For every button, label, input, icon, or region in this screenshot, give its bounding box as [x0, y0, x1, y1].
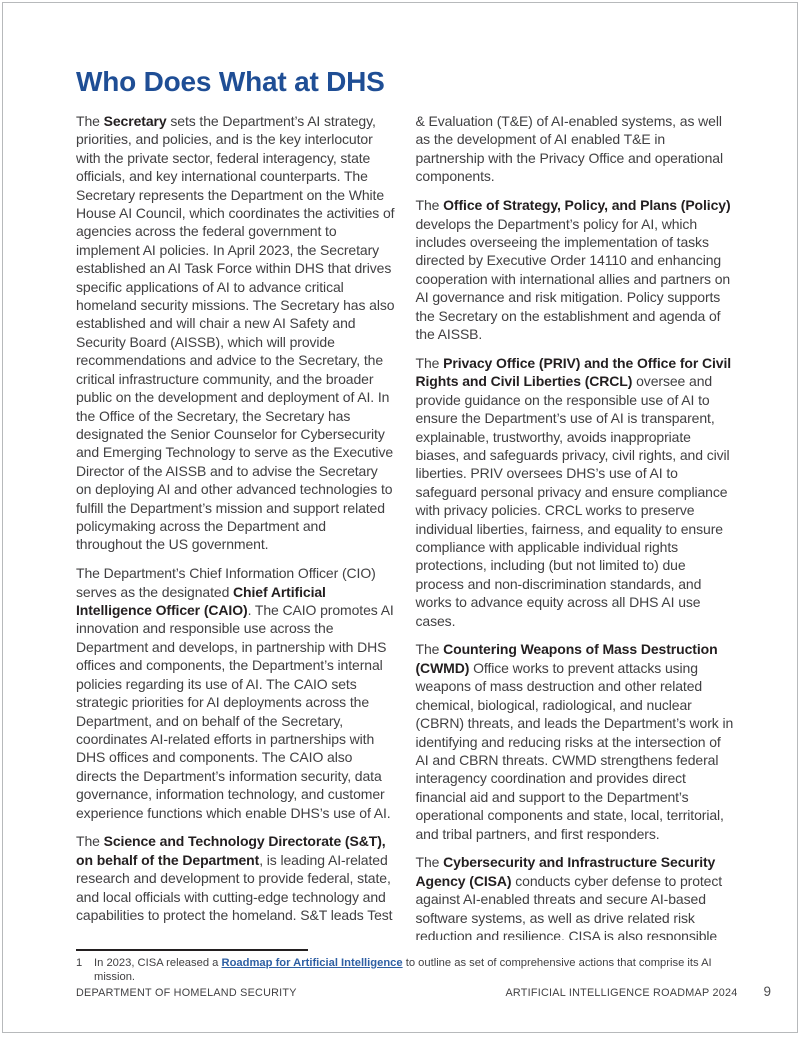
page-footer: DEPARTMENT OF HOMELAND SECURITY ARTIFICI…	[76, 984, 771, 999]
document-page: Who Does What at DHS The Secretary sets …	[2, 2, 798, 1033]
text-run: The	[76, 113, 104, 129]
text-run: develops the Department’s policy for AI,…	[416, 216, 731, 342]
bold-text-run: Secretary	[104, 113, 167, 129]
page-title: Who Does What at DHS	[76, 66, 385, 98]
page-number: 9	[763, 984, 771, 999]
paragraph: & Evaluation (T&E) of AI-enabled systems…	[416, 112, 735, 186]
bold-text-run: Office of Strategy, Policy, and Plans (P…	[443, 197, 730, 213]
paragraph: The Science and Technology Directorate (…	[76, 832, 395, 924]
text-run: . The CAIO promotes AI innovation and re…	[76, 602, 394, 820]
text-run: The Department’s Chief Information Offic…	[76, 565, 376, 599]
footnote: 1 In 2023, CISA released a Roadmap for A…	[76, 956, 738, 984]
text-run: The	[416, 854, 444, 870]
text-run: oversee and provide guidance on the resp…	[416, 373, 730, 628]
left-column: The Secretary sets the Department’s AI s…	[76, 112, 395, 940]
paragraph: The Secretary sets the Department’s AI s…	[76, 112, 395, 554]
paragraph: The Privacy Office (PRIV) and the Office…	[416, 354, 735, 630]
text-run: The	[76, 833, 104, 849]
text-run: sets the Department’s AI strategy, prior…	[76, 113, 394, 552]
footnote-text: In 2023, CISA released a Roadmap for Art…	[94, 956, 738, 984]
right-column: & Evaluation (T&E) of AI-enabled systems…	[416, 112, 735, 940]
footer-roadmap-label: ARTIFICIAL INTELLIGENCE ROADMAP 2024	[505, 987, 737, 999]
text-run: & Evaluation (T&E) of AI-enabled systems…	[416, 113, 723, 184]
footnote-divider	[76, 949, 308, 951]
paragraph: The Cybersecurity and Infrastructure Sec…	[416, 853, 735, 940]
body-columns: The Secretary sets the Department’s AI s…	[76, 112, 734, 940]
paragraph: The Countering Weapons of Mass Destructi…	[416, 640, 735, 842]
text-run: The	[416, 355, 444, 371]
paragraph: The Office of Strategy, Policy, and Plan…	[416, 196, 735, 343]
footnote-link[interactable]: Roadmap for Artificial Intelligence	[222, 957, 403, 969]
paragraph: The Department’s Chief Information Offic…	[76, 564, 395, 822]
text-run: In 2023, CISA released a	[94, 957, 222, 969]
text-run: The	[416, 197, 444, 213]
text-run: The	[416, 641, 444, 657]
footer-department-label: DEPARTMENT OF HOMELAND SECURITY	[76, 987, 297, 999]
footnote-number: 1	[76, 956, 94, 984]
text-run: Office works to prevent attacks using we…	[416, 660, 734, 842]
